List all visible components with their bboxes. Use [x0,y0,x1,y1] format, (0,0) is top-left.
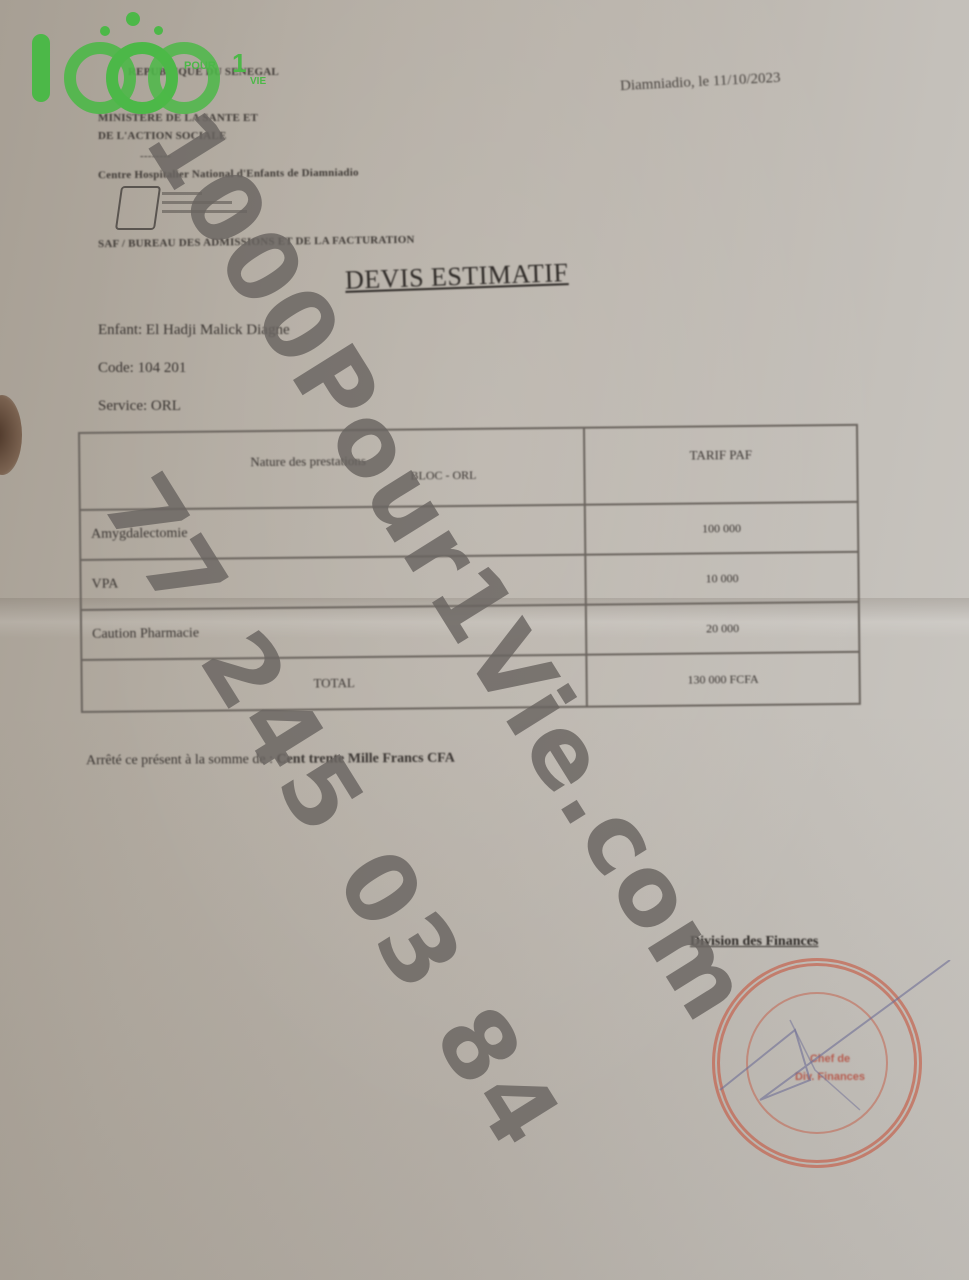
logo-ring [148,42,220,114]
closing-sentence: Arrêté ce présent à la somme de : Cent t… [86,751,455,770]
patient-value: El Hadji Malick Diagne [146,322,290,338]
total-label: TOTAL [82,656,587,711]
row-value: 100 000 [586,503,857,554]
patient-field: Enfant: El Hadji Malick Diagne [98,322,290,339]
stamp-text: Chef de Div. Finances [760,1050,900,1086]
table-total-row: TOTAL 130 000 FCFA [82,651,859,711]
stamp-line-2: Div. Finances [760,1068,900,1086]
logo-vie: VIE [250,76,266,87]
header-nature-cell: Nature des prestations BLOC - ORL [80,429,586,509]
header-nature: Nature des prestations [250,453,366,470]
estimate-table: Nature des prestations BLOC - ORL TARIF … [78,424,861,713]
logo-dot [100,26,110,36]
closing-amount-words: Cent trente Mille Francs CFA [276,751,454,767]
closing-prefix: Arrêté ce présent à la somme de : [86,752,273,768]
header-bloc: BLOC - ORL [410,468,476,484]
ministry-line-2: DE L'ACTION SOCIALE [98,130,227,142]
finger-edge [0,395,22,475]
division-heading: Division des Finances [690,934,818,950]
header-tarif: TARIF PAF [585,426,857,504]
table-row: Amygdalectomie 100 000 [81,501,857,559]
table-row: Caution Pharmacie 20 000 [82,601,858,659]
emblem-caption [162,192,252,219]
row-value: 10 000 [586,553,857,604]
logo-dot [154,26,163,35]
service-label: Service: [98,398,147,414]
patient-label: Enfant: [98,322,142,338]
document-date: Diamniadio, le 11/10/2023 [620,70,781,95]
logo-pour: POUR [184,60,216,72]
code-field: Code: 104 201 [98,360,186,377]
hospital-emblem-icon [115,186,161,230]
document-title: DEVIS ESTIMATIF [345,258,569,296]
logo-digit-one [32,34,50,102]
code-label: Code: [98,360,134,376]
ministry-line-1: MINISTERE DE LA SANTE ET [98,112,258,124]
table-header-row: Nature des prestations BLOC - ORL TARIF … [80,426,857,509]
logo-one: 1 [232,48,246,79]
table-row: VPA 10 000 [81,551,857,609]
service-field: Service: ORL [98,398,181,415]
row-value: 20 000 [587,603,858,654]
stamp-line-1: Chef de [760,1050,900,1068]
hospital-name: Centre Hospitalier National d'Enfants de… [98,167,359,182]
logo-dot [126,12,140,26]
bureau-heading: SAF / BUREAU DES ADMISSIONS ET DE LA FAC… [98,234,415,250]
row-label: VPA [81,556,586,609]
row-label: Caution Pharmacie [82,606,587,659]
code-value: 104 201 [138,360,187,376]
service-value: ORL [151,398,181,414]
row-label: Amygdalectomie [81,506,586,559]
header-separator: -------- [140,150,171,162]
total-value: 130 000 FCFA [587,653,859,706]
brand-logo: POUR 1 VIE [28,12,278,102]
